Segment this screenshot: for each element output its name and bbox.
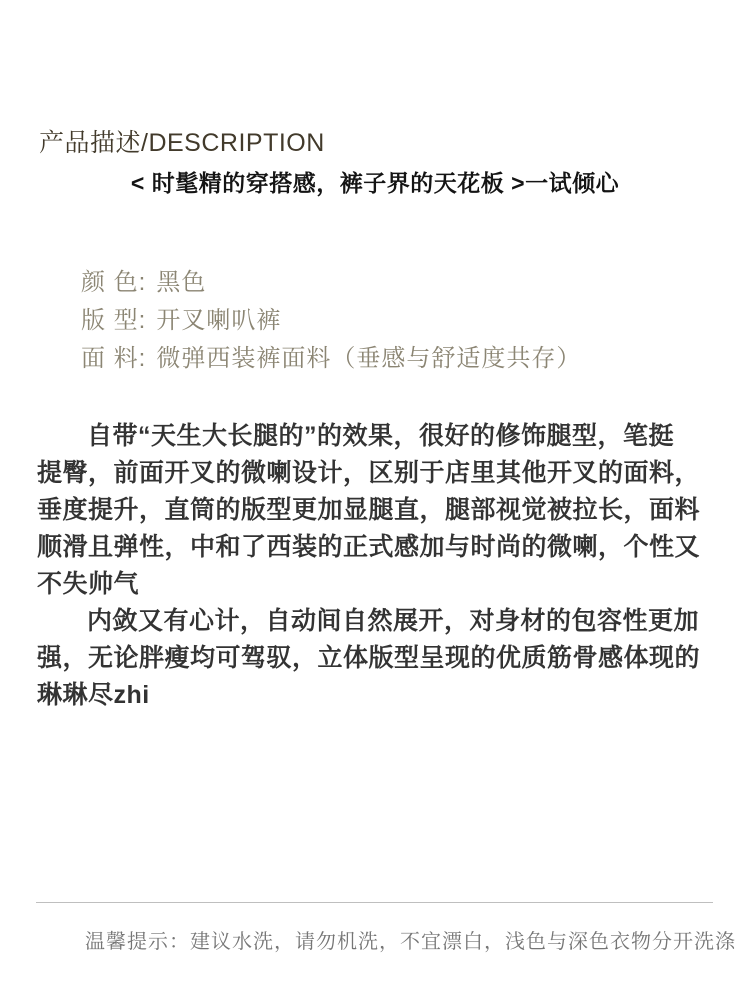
- spec-value-fit: 开叉喇叭裤: [156, 307, 281, 334]
- spec-list: 颜 色:黑色 版 型:开叉喇叭裤 面 料:微弹西装裤面料（垂感与舒适度共存）: [81, 264, 581, 378]
- description-body: 自带“天生大长腿的”的效果，很好的修饰腿型，笔挺 提臀，前面开叉的微喇设计，区别…: [37, 418, 717, 714]
- spec-row-fit: 版 型:开叉喇叭裤: [81, 302, 581, 340]
- product-description-page: 产品描述/DESCRIPTION < 时髦精的穿搭感，裤子界的天花板 >一试倾心…: [0, 0, 750, 1000]
- description-line: 强，无论胖瘦均可驾驭，立体版型呈现的优质筋骨感体现的: [37, 640, 717, 677]
- description-line: 自带“天生大长腿的”的效果，很好的修饰腿型，笔挺: [37, 418, 717, 455]
- description-line: 提臀，前面开叉的微喇设计，区别于店里其他开叉的面料，: [37, 455, 717, 492]
- description-line: 内敛又有心计，自动间自然展开，对身材的包容性更加: [37, 603, 717, 640]
- spec-label-color: 颜 色:: [81, 269, 146, 296]
- spec-row-fabric: 面 料:微弹西装裤面料（垂感与舒适度共存）: [81, 340, 581, 378]
- product-tagline: < 时髦精的穿搭感，裤子界的天花板 >一试倾心: [0, 165, 750, 198]
- section-title: 产品描述/DESCRIPTION: [39, 123, 325, 159]
- spec-value-color: 黑色: [156, 269, 206, 296]
- description-line: 垂度提升，直筒的版型更加显腿直，腿部视觉被拉长，面料: [37, 492, 717, 529]
- care-instructions: 温馨提示：建议水洗，请勿机洗，不宜漂白，浅色与深色衣物分开洗涤: [85, 925, 736, 954]
- description-line: 顺滑且弹性，中和了西装的正式感加与时尚的微喇，个性又: [37, 529, 717, 566]
- description-line: 琳琳尽zhi: [37, 677, 717, 714]
- spec-value-fabric: 微弹西装裤面料（垂感与舒适度共存）: [156, 345, 581, 372]
- spec-label-fabric: 面 料:: [81, 345, 146, 372]
- spec-label-fit: 版 型:: [81, 307, 146, 334]
- description-line: 不失帅气: [37, 566, 717, 603]
- spec-row-color: 颜 色:黑色: [81, 264, 581, 302]
- footer-divider: [36, 902, 713, 903]
